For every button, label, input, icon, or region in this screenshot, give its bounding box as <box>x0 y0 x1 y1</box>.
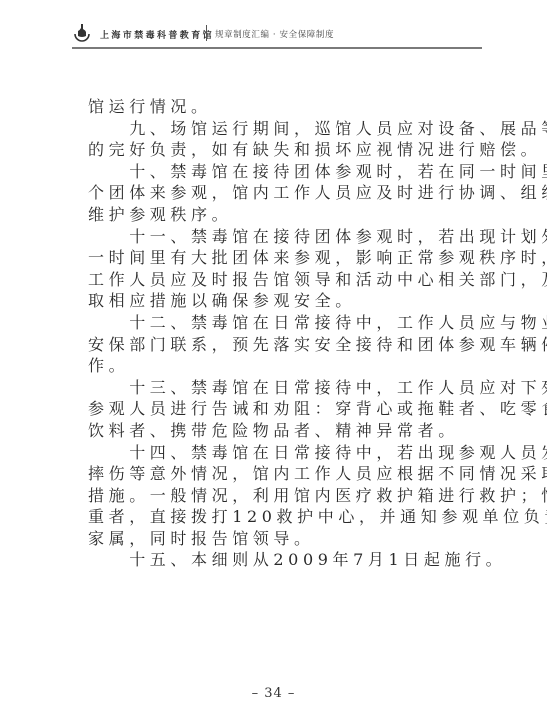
text-line: 家属，同时报告馆领导。 <box>88 528 464 550</box>
text-line: 十一、禁毒馆在接待团体参观时，若出现计划外在同 <box>88 226 464 248</box>
header-rule <box>72 47 482 49</box>
header-divider <box>206 25 207 41</box>
text-line: 饮料者、携带危险物品者、精神异常者。 <box>88 420 464 442</box>
text-line: 的完好负责，如有缺失和损坏应视情况进行赔偿。 <box>88 139 464 161</box>
text-line: 安保部门联系，预先落实安全接待和团体参观车辆停放工 <box>88 334 464 356</box>
text-line: 参观人员进行告诫和劝阻：穿背心或拖鞋者、吃零食或喝 <box>88 398 464 420</box>
text-line: 重者，直接拨打120救护中心，并通知参观单位负责人或 <box>88 506 464 528</box>
text-line: 十四、禁毒馆在日常接待中，若出现参观人员发病、 <box>88 442 464 464</box>
text-line: 十、禁毒馆在接待团体参观时，若在同一时间里有多 <box>88 161 464 183</box>
organization-name: 上海市禁毒科普教育馆 <box>100 28 214 41</box>
text-line: 十五、本细则从2009年7月1日起施行。 <box>88 549 464 571</box>
text-line: 维护参观秩序。 <box>88 204 464 226</box>
text-line: 十三、禁毒馆在日常接待中，工作人员应对下列进馆 <box>88 377 464 399</box>
section-title: 规章制度汇编 · 安全保障制度 <box>215 28 334 40</box>
text-line: 十二、禁毒馆在日常接待中，工作人员应与物业公司 <box>88 312 464 334</box>
document-body: 馆运行情况。 九、场馆运行期间，巡馆人员应对设备、展品等设施 的完好负责，如有缺… <box>88 96 464 571</box>
page-number: – 34 – <box>0 686 547 701</box>
text-line: 取相应措施以确保参观安全。 <box>88 290 464 312</box>
text-line: 九、场馆运行期间，巡馆人员应对设备、展品等设施 <box>88 118 464 140</box>
text-line: 一时间里有大批团体来参观，影响正常参观秩序时，馆内 <box>88 247 464 269</box>
text-line: 个团体来参观，馆内工作人员应及时进行协调、组织，以 <box>88 182 464 204</box>
text-line: 作。 <box>88 355 464 377</box>
text-line: 工作人员应及时报告馆领导和活动中心相关部门，及时采 <box>88 269 464 291</box>
text-line: 馆运行情况。 <box>88 96 464 118</box>
text-line: 摔伤等意外情况，馆内工作人员应根据不同情况采取相应 <box>88 463 464 485</box>
page-header: 上海市禁毒科普教育馆 规章制度汇编 · 安全保障制度 <box>72 22 482 48</box>
text-line: 措施。一般情况，利用馆内医疗救护箱进行救护；情况严 <box>88 485 464 507</box>
museum-logo-icon <box>72 23 92 43</box>
body-text: 馆运行情况。 九、场馆运行期间，巡馆人员应对设备、展品等设施 的完好负责，如有缺… <box>88 96 464 571</box>
